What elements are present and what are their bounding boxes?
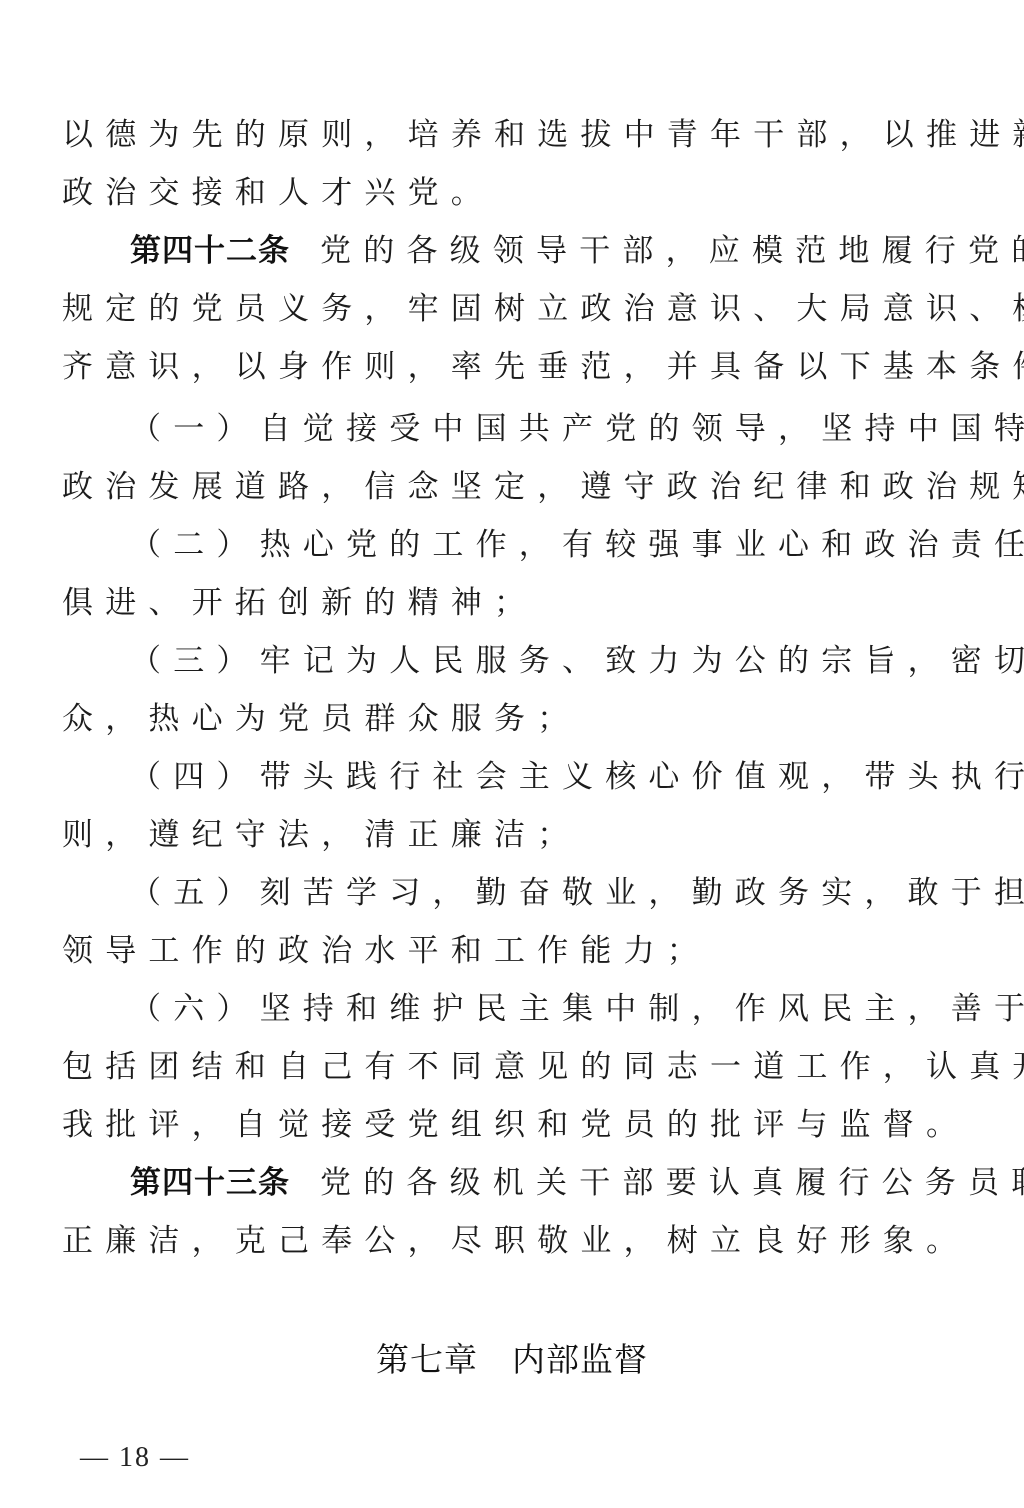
text-line: 我批评，自觉接受党组织和党员的批评与监督。 [62,1096,977,1154]
chapter-title: 第七章内部监督 [0,1330,1024,1390]
chapter-number: 第七章 [376,1340,478,1379]
chapter-name: 内部监督 [512,1340,648,1379]
text-line: 规定的党员义务，牢固树立政治意识、大局意识、核心意识和看 [62,280,977,338]
list-item-4: （四）带头践行社会主义核心价值观，带头执行廉洁自律准 [130,748,977,806]
list-item-6: （六）坚持和维护民主集中制，作风民主，善于团结同志， [130,980,977,1038]
list-item-5: （五）刻苦学习，勤奋敬业，勤政务实，敢于担当，有胜任 [130,864,977,922]
text-line: 众，热心为党员群众服务； [62,690,977,748]
list-item-3: （三）牢记为人民服务、致力为公的宗旨，密切联系党员群 [130,632,977,690]
text-line: 包括团结和自己有不同意见的同志一道工作，认真开展批评与自 [62,1038,977,1096]
article-text: 党的各级领导干部，应模范地履行党的章程所 [320,233,1024,269]
text-line: 则，遵纪守法，清正廉洁； [62,806,977,864]
text-line: 以德为先的原则，培养和选拔中青年干部，以推进新老合作交替、 [62,106,977,164]
article-text: 党的各级机关干部要认真履行公务员职责，清 [320,1165,1024,1201]
page-number: — 18 — [80,1438,190,1478]
list-item-1: （一）自觉接受中国共产党的领导，坚持中国特色社会主义 [130,400,977,458]
list-item-2: （二）热心党的工作，有较强事业心和政治责任感，有与时 [130,516,977,574]
text-line: 齐意识，以身作则，率先垂范，并具备以下基本条件： [62,338,977,396]
text-line: 正廉洁，克己奉公，尽职敬业，树立良好形象。 [62,1212,977,1270]
text-line: 政治发展道路，信念坚定，遵守政治纪律和政治规矩； [62,458,977,516]
article-heading: 第四十二条 [130,233,290,269]
text-line: 领导工作的政治水平和工作能力； [62,922,977,980]
text-line: 俱进、开拓创新的精神； [62,574,977,632]
text-line: 政治交接和人才兴党。 [62,164,977,222]
article-heading: 第四十三条 [130,1165,290,1201]
article-43-first-line: 第四十三条党的各级机关干部要认真履行公务员职责，清 [130,1154,977,1212]
document-page: 以德为先的原则，培养和选拔中青年干部，以推进新老合作交替、 政治交接和人才兴党。… [0,0,1024,1508]
article-42-first-line: 第四十二条党的各级领导干部，应模范地履行党的章程所 [130,222,977,280]
